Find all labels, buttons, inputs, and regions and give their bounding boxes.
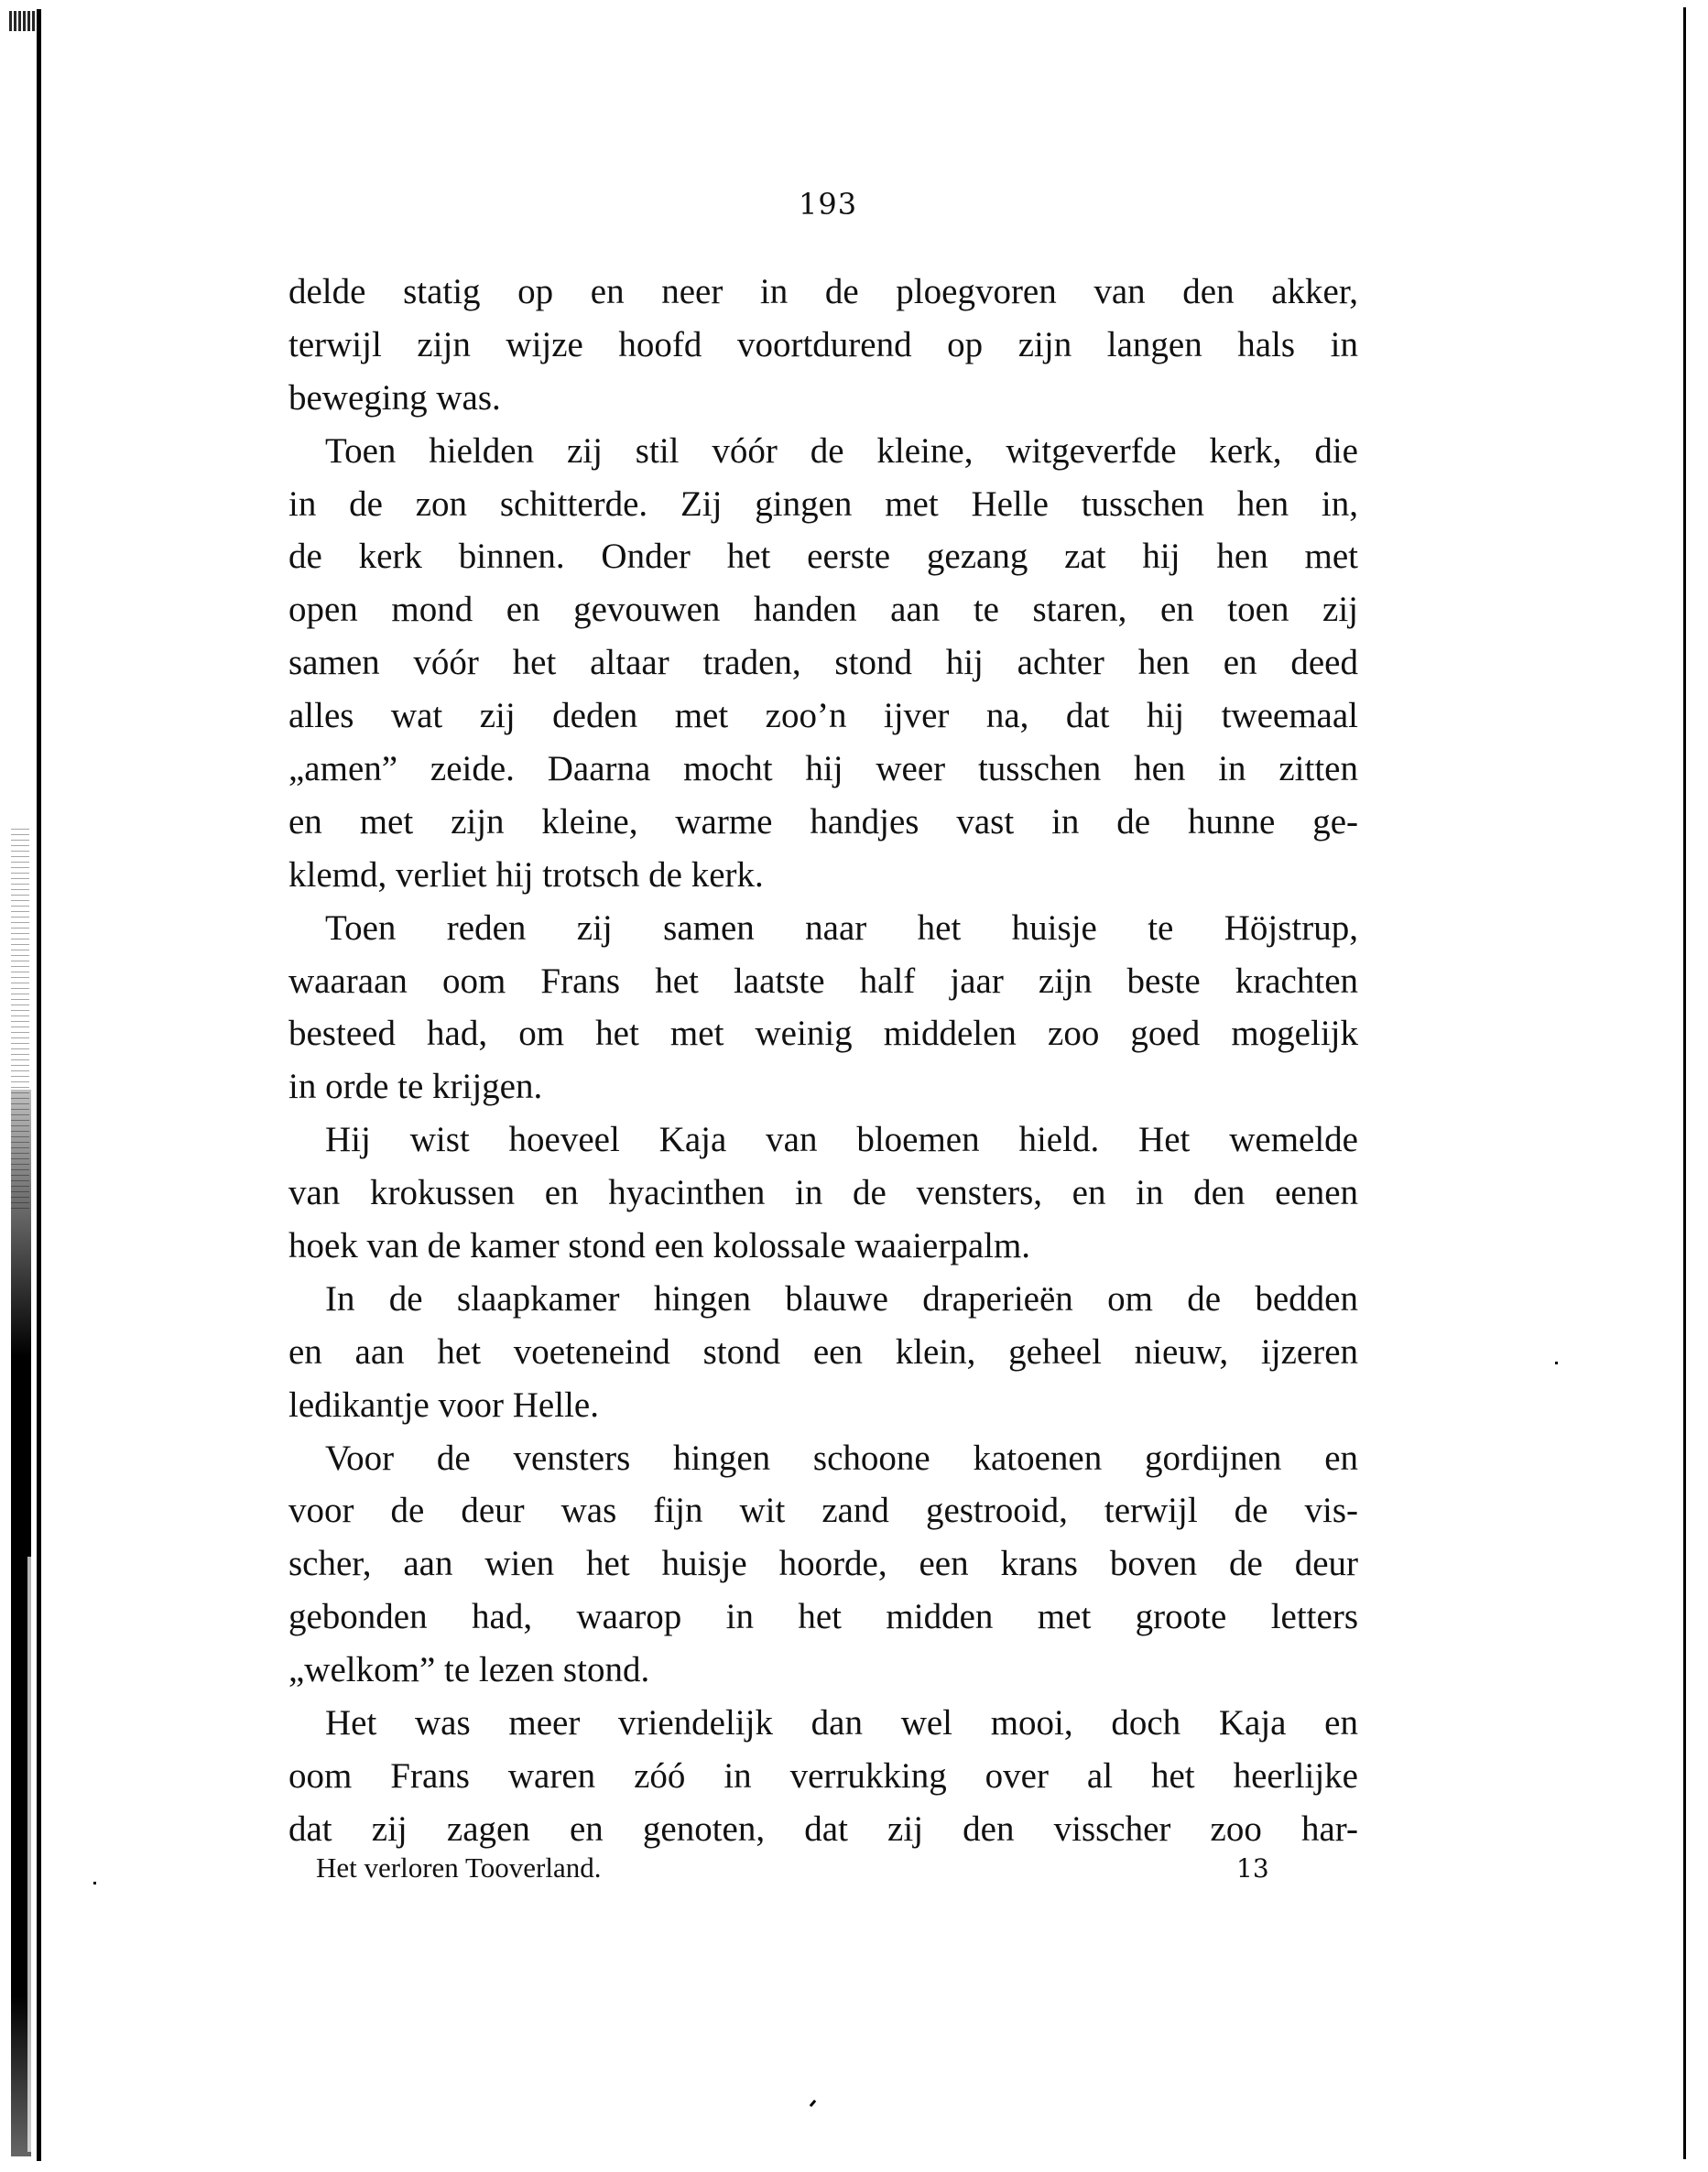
- text-line: alles wat zij deden met zoo’n ijver na, …: [288, 690, 1358, 743]
- text-line: en met zijn kleine, warme handjes vast i…: [288, 796, 1358, 849]
- text-line: samen vóór het altaar traden, stond hij …: [288, 636, 1358, 690]
- text-line: besteed had, om het met weinig middelen …: [288, 1007, 1358, 1060]
- scan-speck: [93, 1882, 96, 1884]
- text-line: klemd, verliet hij trotsch de kerk.: [288, 849, 1358, 902]
- text-line: en aan het voeteneind stond een klein, g…: [288, 1326, 1358, 1379]
- footer-signature-mark: 13: [1236, 1853, 1269, 1884]
- text-line: „amen” zeide. Daarna mocht hij weer tuss…: [288, 743, 1358, 796]
- text-line: „welkom” te lezen stond.: [288, 1644, 1358, 1697]
- text-line: Toen reden zij samen naar het huisje te …: [288, 902, 1358, 955]
- text-line: terwijl zijn wijze hoofd voortdurend op …: [288, 319, 1358, 372]
- text-line: open mond en gevouwen handen aan te star…: [288, 583, 1358, 636]
- text-line: waaraan oom Frans het laatste half jaar …: [288, 955, 1358, 1008]
- text-line: delde statig op en neer in de ploegvoren…: [288, 266, 1358, 319]
- text-line: Hij wist hoeveel Kaja van bloemen hield.…: [288, 1113, 1358, 1167]
- text-line: Toen hielden zij stil vóór de kleine, wi…: [288, 425, 1358, 478]
- text-line: scher, aan wien het huisje hoorde, een k…: [288, 1537, 1358, 1591]
- text-line: Het was meer vriendelijk dan wel mooi, d…: [288, 1697, 1358, 1750]
- scan-binding-highlight: [27, 1557, 37, 2152]
- text-line: voor de deur was fijn wit zand gestrooid…: [288, 1484, 1358, 1537]
- text-line: gebonden had, waarop in het midden met g…: [288, 1591, 1358, 1644]
- text-line: in de zon schitterde. Zij gingen met Hel…: [288, 478, 1358, 531]
- body-text: delde statig op en neer in de ploegvoren…: [288, 266, 1358, 1856]
- scan-left-edge-line: [37, 9, 41, 2161]
- text-line: oom Frans waren zóó in verrukking over a…: [288, 1750, 1358, 1803]
- text-line: ledikantje voor Helle.: [288, 1379, 1358, 1432]
- text-line: van krokussen en hyacinthen in de venste…: [288, 1167, 1358, 1220]
- text-line: in orde te krijgen.: [288, 1060, 1358, 1113]
- scan-speck: [1555, 1362, 1558, 1364]
- scan-speck: [810, 2100, 816, 2107]
- text-line: hoek van de kamer stond een kolossale wa…: [288, 1220, 1358, 1273]
- scan-binding-shadow: [9, 11, 38, 31]
- text-line: Voor de vensters hingen schoone katoenen…: [288, 1432, 1358, 1485]
- text-line: In de slaapkamer hingen blauwe draperieë…: [288, 1273, 1358, 1326]
- page-number: 193: [799, 187, 857, 222]
- scan-right-edge-line: [1683, 7, 1686, 2159]
- text-line: de kerk binnen. Onder het eerste gezang …: [288, 530, 1358, 583]
- footer-book-title: Het verloren Tooverland.: [316, 1852, 601, 1884]
- text-line: beweging was.: [288, 372, 1358, 425]
- text-line: dat zij zagen en genoten, dat zij den vi…: [288, 1803, 1358, 1856]
- scanned-book-page: 193 delde statig op en neer in de ploegv…: [0, 0, 1708, 2172]
